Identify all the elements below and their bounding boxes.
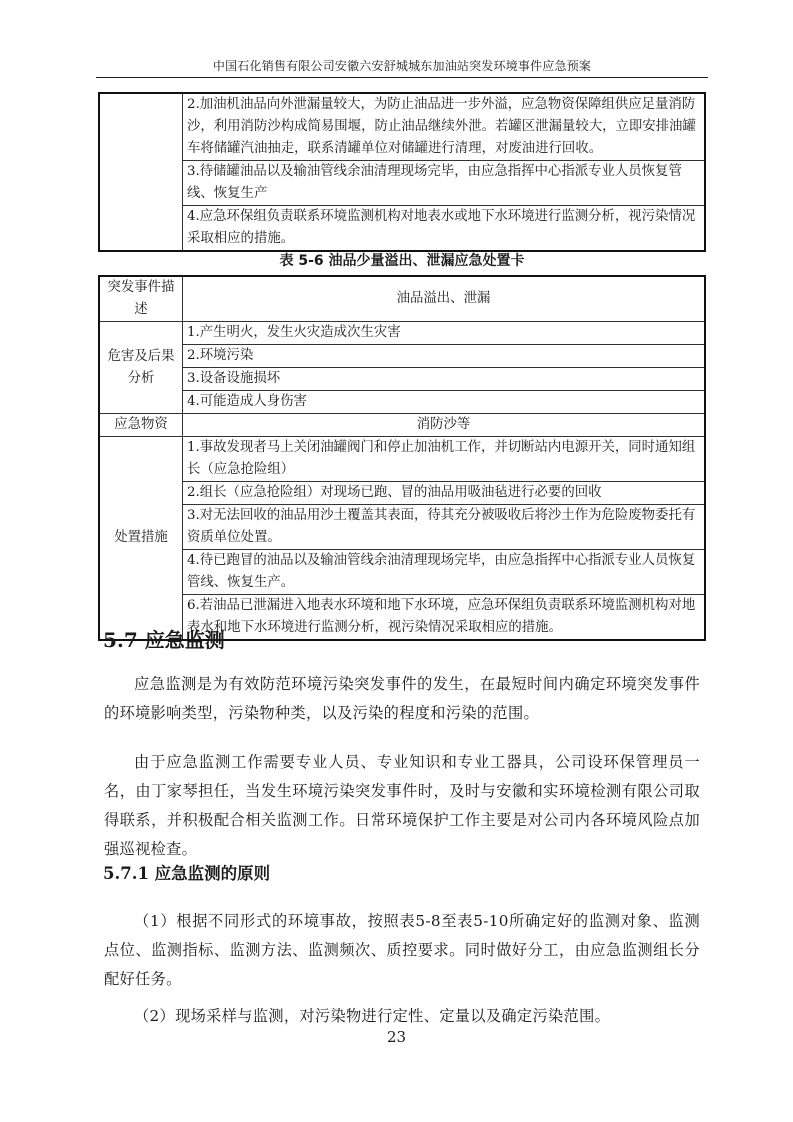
measure-item: 3.对无法回收的油品用沙土覆盖其表面，待其充分被吸收后将沙土作为危险废物委托有资…: [183, 505, 706, 550]
table-row: 3.待储罐油品以及输油管线余油清理现场完毕，由应急指挥中心指派专业人员恢复管线、…: [99, 161, 705, 206]
event-description-value: 油品溢出、泄漏: [183, 276, 706, 322]
hazard-item: 3.设备设施损坏: [183, 368, 706, 391]
emergency-supplies-label: 应急物资: [99, 414, 183, 437]
measure-item: 2.组长（应急抢险组）对现场已跑、冒的油品用吸油毡进行必要的回收: [183, 482, 706, 505]
table-cell: 2.加油机油品向外泄漏量较大，为防止油品进一步外溢，应急物资保障组供应足量消防沙…: [183, 93, 706, 161]
header-rule: [96, 77, 708, 78]
table-row: 2.加油机油品向外泄漏量较大，为防止油品进一步外溢，应急物资保障组供应足量消防沙…: [99, 93, 705, 161]
paragraph: （1）根据不同形式的环境事故，按照表5-8至表5-10所确定好的监测对象、监测点…: [104, 907, 700, 994]
paragraph: （2）现场采样与监测，对污染物进行定性、定量以及确定污染范围。: [104, 1002, 700, 1031]
emergency-disposal-card-table: 突发事件描述 油品溢出、泄漏 危害及后果分析 1.产生明火，发生火灾造成次生灾害…: [98, 275, 706, 641]
measure-item: 1.事故发现者马上关闭油罐阀门和停止加油机工作，并切断站内电源开关，同时通知组长…: [183, 437, 706, 482]
table-row: 3.设备设施损坏: [99, 368, 705, 391]
table-cell: 4.应急环保组负责联系环境监测机构对地表水或地下水环境进行监测分析，视污染情况采…: [183, 206, 706, 252]
table-row: 4.应急环保组负责联系环境监测机构对地表水或地下水环境进行监测分析，视污染情况采…: [99, 206, 705, 252]
table-row: 危害及后果分析 1.产生明火，发生火灾造成次生灾害: [99, 322, 705, 345]
hazard-item: 1.产生明火，发生火灾造成次生灾害: [183, 322, 706, 345]
section-heading-5-7-1: 5.7.1 应急监测的原则: [103, 860, 270, 884]
disposal-measures-label: 处置措施: [99, 437, 183, 641]
table-row: 处置措施 1.事故发现者马上关闭油罐阀门和停止加油机工作，并切断站内电源开关，同…: [99, 437, 705, 482]
table-cell: 3.待储罐油品以及输油管线余油清理现场完毕，由应急指挥中心指派专业人员恢复管线、…: [183, 161, 706, 206]
page-number: 23: [0, 1028, 793, 1046]
event-description-label: 突发事件描述: [99, 276, 183, 322]
table-caption: 表 5-6 油品少量溢出、泄漏应急处置卡: [96, 250, 708, 270]
table-row: 4.可能造成人身伤害: [99, 391, 705, 414]
measure-item: 4.待已跑冒的油品以及输油管线余油清理现场完毕，由应急指挥中心指派专业人员恢复管…: [183, 550, 706, 595]
table-row: 2.环境污染: [99, 345, 705, 368]
table-row: 突发事件描述 油品溢出、泄漏: [99, 276, 705, 322]
page-header: 中国石化销售有限公司安徽六安舒城城东加油站突发环境事件应急预案: [96, 58, 708, 74]
table-row: 3.对无法回收的油品用沙土覆盖其表面，待其充分被吸收后将沙土作为危险废物委托有资…: [99, 505, 705, 550]
table-row: 4.待已跑冒的油品以及输油管线余油清理现场完毕，由应急指挥中心指派专业人员恢复管…: [99, 550, 705, 595]
continued-table: 2.加油机油品向外泄漏量较大，为防止油品进一步外溢，应急物资保障组供应足量消防沙…: [98, 92, 706, 252]
hazard-item: 4.可能造成人身伤害: [183, 391, 706, 414]
hazard-item: 2.环境污染: [183, 345, 706, 368]
paragraph: 由于应急监测工作需要专业人员、专业知识和专业工器具，公司设环保管理员一名，由丁家…: [104, 748, 700, 864]
table-row: 应急物资 消防沙等: [99, 414, 705, 437]
section-heading-5-7: 5.7 应急监测: [103, 624, 225, 653]
hazard-analysis-label: 危害及后果分析: [99, 322, 183, 414]
empty-label-cell: [99, 93, 183, 251]
paragraph: 应急监测是为有效防范环境污染突发事件的发生，在最短时间内确定环境突发事件的环境影…: [104, 670, 700, 728]
measure-item: 6.若油品已泄漏进入地表水环境和地下水环境，应急环保组负责联系环境监测机构对地表…: [183, 595, 706, 641]
table-row: 2.组长（应急抢险组）对现场已跑、冒的油品用吸油毡进行必要的回收: [99, 482, 705, 505]
emergency-supplies-value: 消防沙等: [183, 414, 706, 437]
